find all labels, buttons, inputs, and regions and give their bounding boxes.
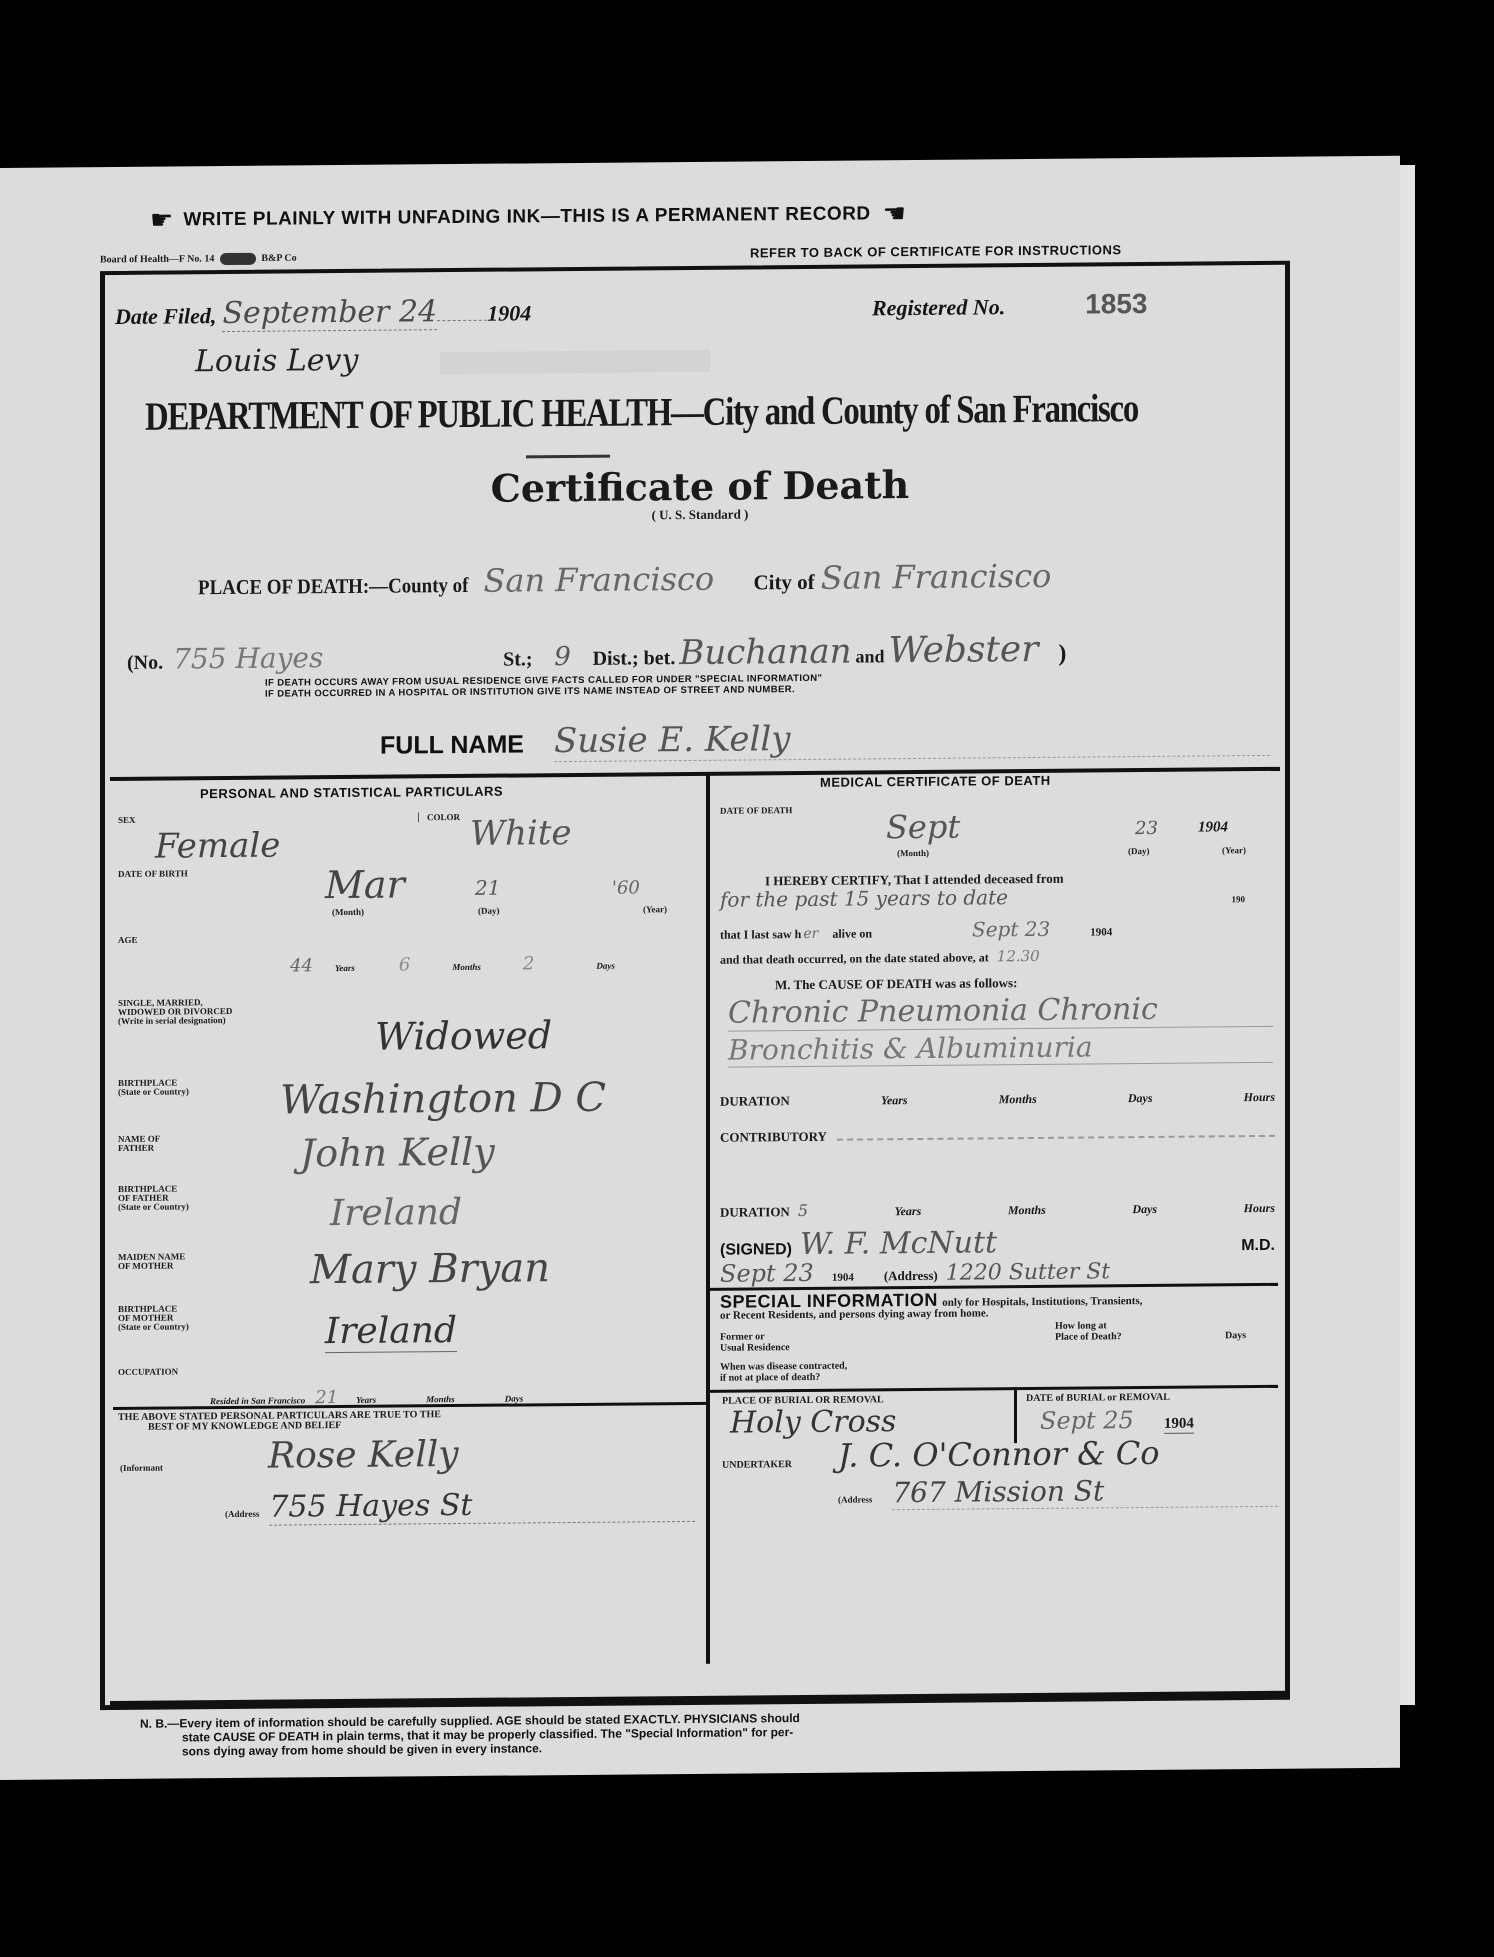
faded-stamp: [440, 350, 710, 374]
last-saw-pronoun: er: [803, 926, 818, 942]
informant-address-value: 755 Hayes St: [269, 1486, 695, 1526]
undertaker-label: UNDERTAKER: [722, 1459, 792, 1471]
personal-heading: PERSONAL AND STATISTICAL PARTICULARS: [200, 784, 503, 802]
dob-day: 21: [475, 876, 500, 900]
duration-days-label: Days: [1128, 1091, 1153, 1106]
date-filed-label: Date Filed,: [115, 303, 216, 330]
resided-months-label: Months: [426, 1394, 455, 1404]
physician-address: 1220 Sutter St: [946, 1259, 1110, 1285]
city-value: San Francisco: [821, 557, 1052, 597]
md-label: M.D.: [1241, 1237, 1275, 1255]
footer-nb-label: N. B.—: [140, 1716, 179, 1730]
undertaker-address-value: 767 Mission St: [892, 1473, 1278, 1510]
banner: ☛ WRITE PLAINLY WITH UNFADING INK—THIS I…: [150, 195, 1250, 236]
cause-heading: M. The CAUSE OF DEATH was as follows:: [775, 975, 1017, 993]
cause-line-2: Bronchitis & Albuminuria: [728, 1029, 1273, 1068]
father-value: John Kelly: [300, 1130, 495, 1176]
informant-address-row: (Address 755 Hayes St: [225, 1486, 695, 1526]
father-birthplace-label: BIRTHPLACE OF FATHER (State or Country): [118, 1184, 189, 1212]
burial-date-row: Sept 25 1904: [1040, 1406, 1194, 1435]
last-saw-year: 1904: [1090, 926, 1112, 938]
burial-place-value: Holy Cross: [730, 1404, 896, 1440]
undertaker-address-row: (Address 767 Mission St: [838, 1473, 1278, 1511]
dob-day-label: (Day): [478, 906, 500, 916]
mother-value: Mary Bryan: [310, 1245, 550, 1293]
burial-date-label: DATE of BURIAL or REMOVAL: [1026, 1392, 1170, 1404]
death-day-label: (Day): [1128, 846, 1150, 856]
duration-2-years: 5: [798, 1201, 808, 1220]
form-id: Board of Health—F No. 14: [100, 253, 214, 265]
mother-birthplace-value: Ireland: [325, 1310, 457, 1353]
full-name-row: FULL NAME Susie E. Kelly: [380, 715, 1270, 764]
sex-label: SEX: [118, 815, 136, 825]
between-street-2: Webster: [889, 629, 1039, 671]
age-years-label: Years: [335, 963, 355, 973]
how-long-days-label: Days: [1225, 1330, 1246, 1341]
former-residence-label: Former or Usual Residence: [720, 1331, 790, 1354]
signed-date: Sept 23: [720, 1259, 814, 1288]
duration-hours-label: Hours: [1244, 1090, 1275, 1105]
date-of-death-label: DATE OF DEATH: [720, 805, 792, 816]
sex-value: Female: [155, 826, 280, 867]
mother-label: MAIDEN NAME OF MOTHER: [118, 1252, 185, 1271]
street-label: St.;: [503, 648, 532, 671]
column-divider: [706, 774, 710, 1664]
duration-2-days-label: Days: [1132, 1202, 1157, 1217]
dob-year: '60: [612, 877, 640, 898]
duration-months-label: Months: [999, 1092, 1037, 1107]
special-heading: SPECIAL INFORMATION only for Hospitals, …: [720, 1288, 1142, 1322]
attended-row: for the past 15 years to date 190: [720, 883, 1275, 912]
alive-on-label: alive on: [832, 926, 872, 941]
last-saw-date: Sept 23: [972, 917, 1050, 942]
age-label: AGE: [118, 935, 138, 945]
age-months-label: Months: [452, 962, 481, 972]
full-name-value: Susie E. Kelly: [554, 715, 1270, 762]
duration-2-hours-label: Hours: [1244, 1201, 1275, 1216]
marital-value: Widowed: [375, 1013, 552, 1059]
registered-row: Registered No. 1853: [872, 288, 1148, 322]
age-years: 44: [290, 955, 313, 976]
color-label: COLOR: [418, 812, 460, 822]
age-days-label: Days: [596, 961, 615, 971]
duration-2-years-label: Years: [895, 1204, 922, 1219]
cause-line-1: Chronic Pneumonia Chronic: [728, 991, 1273, 1032]
attended-value: for the past 15 years to date: [720, 883, 1232, 911]
birthplace-label: BIRTHPLACE (State or Country): [118, 1078, 189, 1097]
duration-label: DURATION: [720, 1093, 790, 1110]
dob-month-label: (Month): [332, 907, 364, 917]
resided-days-label: Days: [505, 1393, 524, 1403]
district-label: Dist.; bet.: [593, 647, 676, 671]
footer-note: N. B.—Every item of information should b…: [140, 1707, 1240, 1759]
signed-label: (SIGNED): [720, 1241, 792, 1260]
printer-seal-icon: [220, 253, 256, 265]
and-label: and: [856, 646, 885, 667]
duration-2-label: DURATION: [720, 1204, 790, 1221]
to-year-prefix: 190: [1232, 894, 1246, 904]
date-filed-row: Date Filed, September 24 1904: [115, 293, 531, 333]
death-month: Sept: [886, 808, 960, 847]
death-month-label: (Month): [897, 848, 929, 858]
no-label: (No.: [127, 652, 163, 675]
pointing-hand-left-icon: ☚: [883, 198, 906, 229]
printer: B&P Co: [261, 253, 296, 264]
age-days: 2: [523, 953, 534, 974]
last-saw-label: that I last saw h: [720, 927, 801, 943]
county-value: San Francisco: [483, 559, 753, 599]
department-title: DEPARTMENT OF PUBLIC HEALTH—City and Cou…: [145, 384, 1138, 440]
disease-contracted-label: When was disease contracted, if not at p…: [720, 1361, 847, 1384]
full-name-label: FULL NAME: [380, 730, 524, 760]
signed-year: 1904: [832, 1272, 854, 1284]
dob-label: DATE OF BIRTH: [118, 868, 188, 879]
city-label: City of: [753, 570, 814, 596]
informant-label: (Informant: [120, 1463, 163, 1473]
death-occurred-label: and that death occurred, on the date sta…: [720, 950, 989, 967]
registrar-signature: Louis Levy: [195, 343, 358, 379]
contributory-label: CONTRIBUTORY: [720, 1129, 827, 1146]
attest-text: THE ABOVE STATED PERSONAL PARTICULARS AR…: [118, 1410, 441, 1433]
undertaker-address-label: (Address: [838, 1494, 872, 1504]
color-value: White: [470, 813, 572, 854]
street-number-value: 755 Hayes: [173, 640, 503, 676]
place-of-death-row: PLACE OF DEATH:—County of San Francisco …: [183, 557, 1051, 603]
instructions-note: REFER TO BACK OF CERTIFICATE FOR INSTRUC…: [750, 242, 1122, 260]
physician-address-label: (Address): [884, 1268, 938, 1284]
death-year-label: (Year): [1222, 845, 1246, 855]
burial-date-value: Sept 25: [1040, 1406, 1134, 1435]
place-of-death-label: PLACE OF DEATH:—County of: [198, 573, 468, 600]
death-day: 23: [1135, 818, 1158, 839]
father-birthplace-value: Ireland: [330, 1192, 462, 1234]
how-long-label: How long at Place of Death?: [1055, 1320, 1122, 1343]
age-row: 44 Years 6 Months 2 Days: [290, 952, 690, 976]
date-filed-value: September 24: [222, 294, 437, 332]
duration-years-label: Years: [881, 1093, 908, 1108]
registered-number: 1853: [1085, 288, 1147, 321]
occupation-label: OCCUPATION: [118, 1366, 178, 1377]
death-year: 1904: [1198, 819, 1228, 836]
death-time-row: and that death occurred, on the date sta…: [720, 947, 1040, 968]
medical-heading: MEDICAL CERTIFICATE OF DEATH: [820, 773, 1051, 790]
resided-years-label: Years: [356, 1395, 376, 1405]
street-row: (No. 755 Hayes St.; 9 Dist.; bet. Buchan…: [127, 629, 1066, 678]
certificate-page: ☛ WRITE PLAINLY WITH UNFADING INK—THIS I…: [0, 156, 1400, 1780]
undertaker-value: J. C. O'Connor & Co: [838, 1434, 1160, 1475]
birthplace-value: Washington D C: [280, 1075, 606, 1124]
pointing-hand-icon: ☛: [150, 204, 173, 235]
age-months: 6: [399, 954, 410, 975]
informant-value: Rose Kelly: [268, 1434, 459, 1477]
burial-year-value: 1904: [1164, 1416, 1194, 1434]
duration-2-months-label: Months: [1008, 1203, 1046, 1218]
dob-year-label: (Year): [643, 904, 667, 914]
mother-birthplace-label: BIRTHPLACE OF MOTHER (State or Country): [118, 1304, 189, 1332]
dob-month: Mar: [325, 862, 405, 907]
informant-address-label: (Address: [225, 1509, 259, 1519]
father-label: NAME OF FATHER: [118, 1135, 160, 1153]
date-filed-year: 1904: [487, 300, 531, 326]
death-time: 12.30: [997, 947, 1040, 965]
marital-label: SINGLE, MARRIED, WIDOWED OR DIVORCED (Wr…: [118, 998, 232, 1026]
banner-text: WRITE PLAINLY WITH UNFADING INK—THIS IS …: [183, 203, 870, 231]
between-street-1: Buchanan: [679, 632, 851, 674]
district-value: 9: [533, 642, 593, 673]
last-saw-row: that I last saw h er alive on Sept 23 19…: [720, 916, 1112, 943]
registered-label: Registered No.: [872, 294, 1005, 321]
